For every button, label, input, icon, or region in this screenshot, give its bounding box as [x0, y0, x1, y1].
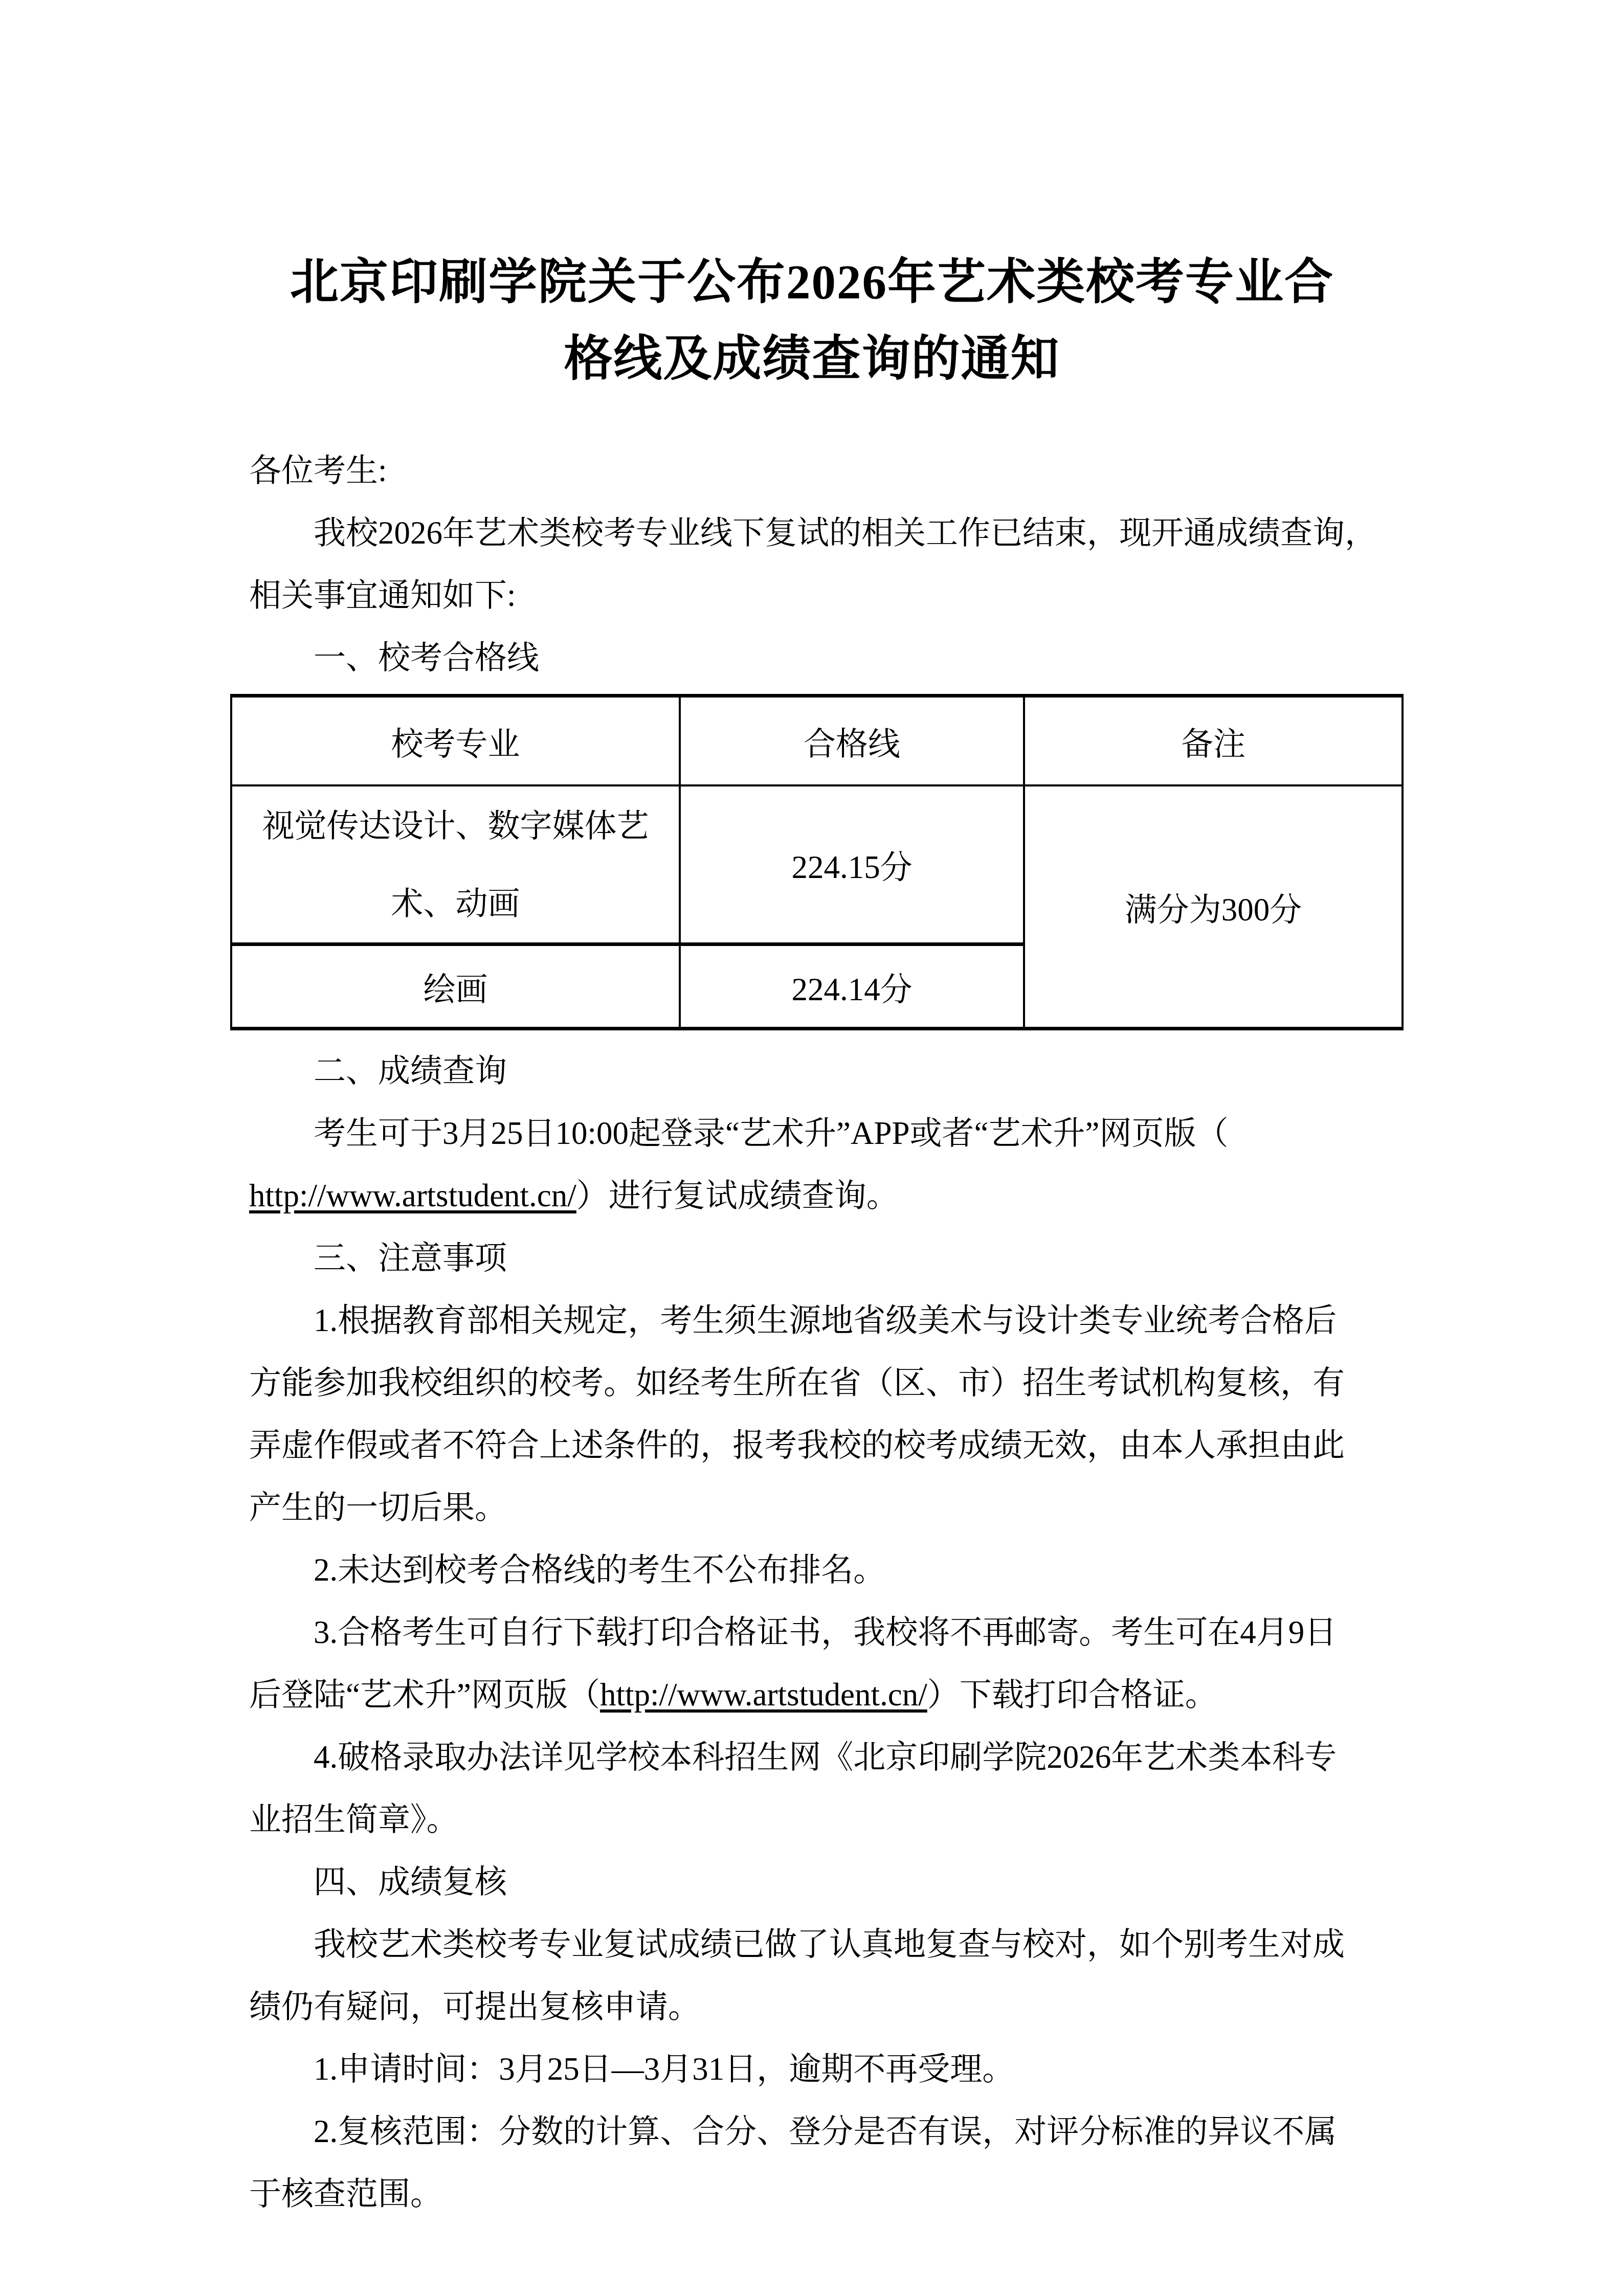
- intro-line-2: 相关事宜通知如下:: [249, 564, 1375, 626]
- table-header-row: 校考专业 合格线 备注: [231, 696, 1403, 786]
- salutation: 各位考生:: [249, 439, 1375, 502]
- item-2: 2.未达到校考合格线的考生不公布排名。: [249, 1539, 1375, 1601]
- cell-score-design: 224.15分: [680, 785, 1024, 944]
- section-1: 一、校考合格线 校考专业 合格线 备注 视觉传达设计、数字媒体艺 术、动画: [249, 626, 1375, 1030]
- section-4-item-1: 1.申请时间：3月25日—3月31日，逾期不再受理。: [249, 2038, 1375, 2100]
- section-4: 四、成绩复核 我校艺术类校考专业复试成绩已做了认真地复查与校对，如个别考生对成 …: [249, 1851, 1375, 2225]
- intro-line-1: 我校2026年艺术类校考专业线下复试的相关工作已结束，现开通成绩查询，: [249, 502, 1375, 564]
- item-1-line-1: 1.根据教育部相关规定，考生须生源地省级美术与设计类专业统考合格后: [249, 1289, 1375, 1352]
- section-4-para-line-1: 我校艺术类校考专业复试成绩已做了认真地复查与校对，如个别考生对成: [249, 1913, 1375, 1975]
- title-line-2: 格线及成绩查询的通知: [249, 321, 1375, 397]
- section-4-item-2-line-1: 2.复核范围：分数的计算、合分、登分是否有误，对评分标准的异议不属: [249, 2100, 1375, 2163]
- artstudent-link[interactable]: http://www.artstudent.cn/: [249, 1178, 576, 1213]
- cell-note-full-score: 满分为300分: [1024, 785, 1403, 1029]
- table-header-qualifying-line: 合格线: [680, 696, 1024, 786]
- notice-document-page: 北京印刷学院关于公布2026年艺术类校考专业合 格线及成绩查询的通知 各位考生:…: [0, 0, 1624, 2296]
- cell-specialty-design-line1: 视觉传达设计、数字媒体艺: [232, 787, 679, 865]
- section-4-heading: 四、成绩复核: [249, 1851, 1375, 1913]
- item-3-line-1: 3.合格考生可自行下载打印合格证书，我校将不再邮寄。考生可在4月9日: [249, 1601, 1375, 1663]
- item-4-line-1: 4.破格录取办法详见学校本科招生网《北京印刷学院2026年艺术类本科专: [249, 1726, 1375, 1788]
- item-4-line-2: 业招生简章》。: [249, 1788, 1375, 1851]
- item-1-line-3: 弄虚作假或者不符合上述条件的，报考我校的校考成绩无效，由本人承担由此: [249, 1414, 1375, 1476]
- intro-paragraph: 我校2026年艺术类校考专业线下复试的相关工作已结束，现开通成绩查询， 相关事宜…: [249, 502, 1375, 626]
- table-header-note: 备注: [1024, 696, 1403, 786]
- table-header-specialty: 校考专业: [231, 696, 680, 786]
- section-2-line-2: http://www.artstudent.cn/）进行复试成绩查询。: [249, 1164, 1375, 1227]
- document-body: 各位考生: 我校2026年艺术类校考专业线下复试的相关工作已结束，现开通成绩查询…: [249, 439, 1375, 2225]
- section-3-heading: 三、注意事项: [249, 1227, 1375, 1289]
- title-line-1: 北京印刷学院关于公布2026年艺术类校考专业合: [249, 244, 1375, 321]
- score-table: 校考专业 合格线 备注 视觉传达设计、数字媒体艺 术、动画 224.15分 满分…: [230, 694, 1404, 1030]
- section-2-line-1: 考生可于3月25日10:00起登录“艺术升”APP或者“艺术升”网页版（: [249, 1102, 1375, 1164]
- section-4-item-2-line-2: 于核查范围。: [249, 2163, 1375, 2225]
- page-title: 北京印刷学院关于公布2026年艺术类校考专业合 格线及成绩查询的通知: [249, 244, 1375, 397]
- section-2-line-2-text: ）进行复试成绩查询。: [576, 1178, 899, 1213]
- table-row: 视觉传达设计、数字媒体艺 术、动画 224.15分 满分为300分: [231, 785, 1403, 944]
- section-3: 三、注意事项 1.根据教育部相关规定，考生须生源地省级美术与设计类专业统考合格后…: [249, 1227, 1375, 1851]
- section-2-heading: 二、成绩查询: [249, 1040, 1375, 1102]
- item-3-line-2-post: ）下载打印合格证。: [927, 1677, 1217, 1713]
- item-1-line-2: 方能参加我校组织的校考。如经考生所在省（区、市）招生考试机构复核，有: [249, 1352, 1375, 1414]
- item-3-line-2-pre: 后登陆“艺术升”网页版（: [249, 1677, 600, 1713]
- artstudent-link[interactable]: http://www.artstudent.cn/: [600, 1677, 927, 1713]
- cell-specialty-design: 视觉传达设计、数字媒体艺 术、动画: [231, 785, 680, 944]
- item-1-line-4: 产生的一切后果。: [249, 1476, 1375, 1539]
- section-2: 二、成绩查询 考生可于3月25日10:00起登录“艺术升”APP或者“艺术升”网…: [249, 1040, 1375, 1227]
- cell-specialty-painting: 绘画: [231, 944, 680, 1029]
- cell-specialty-design-line2: 术、动画: [232, 865, 679, 942]
- score-table-wrapper: 校考专业 合格线 备注 视觉传达设计、数字媒体艺 术、动画 224.15分 满分…: [230, 694, 1375, 1030]
- item-3-line-2: 后登陆“艺术升”网页版（http://www.artstudent.cn/）下载…: [249, 1663, 1375, 1726]
- cell-score-painting: 224.14分: [680, 944, 1024, 1029]
- section-1-heading: 一、校考合格线: [249, 626, 1375, 689]
- section-4-para-line-2: 绩仍有疑问，可提出复核申请。: [249, 1975, 1375, 2038]
